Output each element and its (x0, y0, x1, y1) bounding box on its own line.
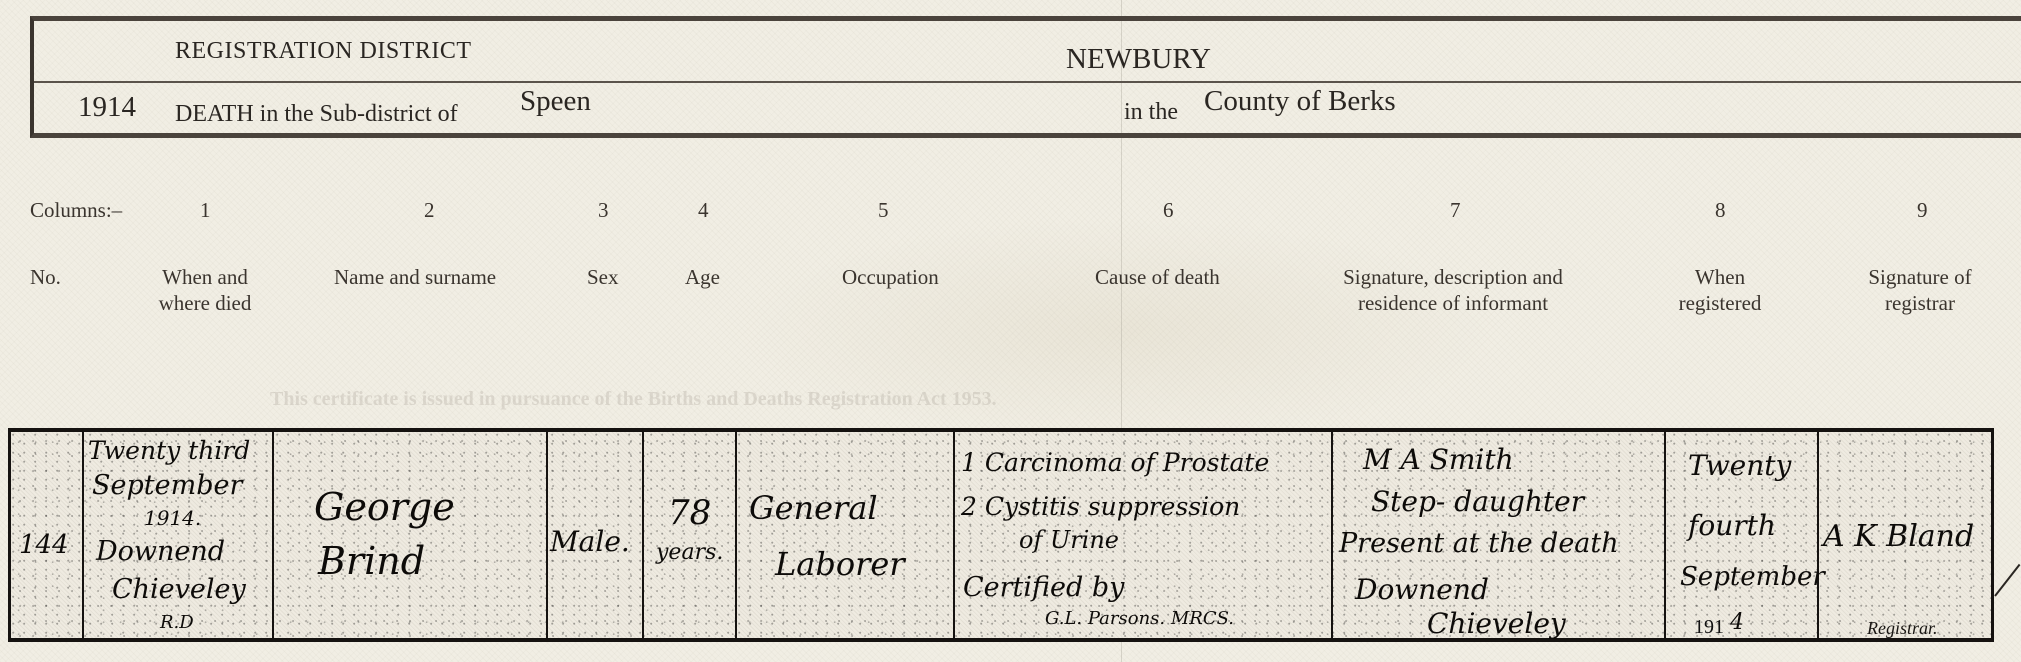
registered-year-printed: 191 (1694, 616, 1724, 639)
registered-month: September (1680, 564, 1825, 590)
registered-day-line2: fourth (1688, 512, 1776, 540)
certified-by-label: Certified by (963, 574, 1124, 601)
column-heading-occupation: Occupation (842, 264, 939, 290)
informant-description: Present at the death (1339, 530, 1619, 557)
cell-sex: Male. (548, 432, 644, 638)
heading-line: Signature, description and (1318, 264, 1588, 290)
county-value: County of Berks (1204, 85, 1396, 118)
deceased-age-value: 78 (668, 496, 711, 530)
registration-header-box: REGISTRATION DISTRICT NEWBURY 1914 DEATH… (30, 16, 2021, 138)
death-date-month: September (92, 472, 242, 499)
column-heading-when-where: When and where died (150, 264, 260, 316)
corner-tick-mark (1994, 564, 2020, 597)
cell-entry-number: 144 (11, 432, 84, 638)
informant-name: M A Smith (1363, 446, 1514, 474)
heading-line: registered (1665, 290, 1775, 316)
column-heading-sex: Sex (587, 264, 619, 290)
column-number-3: 3 (598, 198, 609, 223)
cell-occupation: General Laborer (737, 432, 955, 638)
death-date-day: Twenty third (88, 438, 250, 463)
cell-informant: M A Smith Step- daughter Present at the … (1333, 432, 1666, 638)
column-number-8: 8 (1715, 198, 1726, 223)
informant-residence-line2: Chieveley (1427, 610, 1566, 638)
column-number-6: 6 (1163, 198, 1174, 223)
death-place-line2: Chieveley (112, 576, 246, 603)
certifying-doctor: G.L. Parsons. MRCS. (1045, 610, 1234, 628)
cell-registrar: A K Bland Registrar. (1819, 432, 1991, 638)
cell-when-where-died: Twenty third September 1914. Downend Chi… (84, 432, 274, 638)
registration-district-label: REGISTRATION DISTRICT (175, 38, 472, 65)
deceased-first-name: George (314, 488, 455, 526)
occupation-line2: Laborer (775, 548, 905, 580)
column-heading-name: Name and surname (334, 264, 496, 290)
heading-line: registrar (1855, 290, 1985, 316)
columns-label: Columns:– (30, 198, 122, 223)
cell-age: 78 years. (644, 432, 737, 638)
death-place-line3: R.D (160, 614, 194, 632)
cell-cause-of-death: 1 Carcinoma of Prostate 2 Cystitis suppr… (955, 432, 1333, 638)
column-number-9: 9 (1917, 198, 1928, 223)
cell-when-registered: Twenty fourth September 191 4 (1666, 432, 1819, 638)
column-number-4: 4 (698, 198, 709, 223)
registrar-signature: A K Bland (1823, 522, 1974, 552)
column-heading-age: Age (685, 264, 720, 290)
column-heading-registrar: Signature of registrar (1855, 264, 1985, 316)
cause-of-death-line2: 2 Cystitis suppression (961, 494, 1240, 519)
cause-of-death-line3: of Urine (1019, 528, 1119, 552)
death-date-year: 1914. (144, 508, 201, 528)
column-heading-no: No. (30, 264, 61, 290)
column-number-2: 2 (424, 198, 435, 223)
death-place-line1: Downend (96, 538, 225, 565)
informant-relationship: Step- daughter (1371, 488, 1584, 516)
heading-line: where died (150, 290, 260, 316)
column-heading-when-registered: When registered (1665, 264, 1775, 316)
registrar-label: Registrar. (1867, 618, 1938, 639)
column-number-5: 5 (878, 198, 889, 223)
cell-name-surname: George Brind (274, 432, 548, 638)
watermark-text: This certificate is issued in pursuance … (270, 388, 997, 411)
occupation-line1: General (749, 492, 878, 524)
deceased-age-unit: years. (656, 542, 723, 564)
entry-number: 144 (19, 532, 69, 558)
subdistrict-value: Speen (520, 85, 591, 118)
column-heading-cause: Cause of death (1095, 264, 1220, 290)
death-entry-row: 144 Twenty third September 1914. Downend… (8, 428, 1994, 642)
cause-of-death-line1: 1 Carcinoma of Prostate (961, 450, 1269, 475)
registered-year-handwritten: 4 (1730, 612, 1744, 634)
registration-year: 1914 (78, 91, 136, 124)
informant-residence-line1: Downend (1355, 576, 1489, 604)
registered-day-line1: Twenty (1688, 452, 1791, 480)
header-divider (34, 81, 2021, 83)
column-heading-informant: Signature, description and residence of … (1318, 264, 1588, 316)
heading-line: When and (150, 264, 260, 290)
deceased-sex: Male. (550, 528, 630, 556)
heading-line: Signature of (1855, 264, 1985, 290)
death-subdistrict-label: DEATH in the Sub-district of (175, 101, 458, 128)
heading-line: When (1665, 264, 1775, 290)
in-the-label: in the (1124, 99, 1178, 126)
column-number-1: 1 (200, 198, 211, 223)
deceased-surname: Brind (318, 542, 425, 580)
heading-line: residence of informant (1318, 290, 1588, 316)
registration-district-value: NEWBURY (1066, 43, 1211, 76)
column-number-7: 7 (1450, 198, 1461, 223)
